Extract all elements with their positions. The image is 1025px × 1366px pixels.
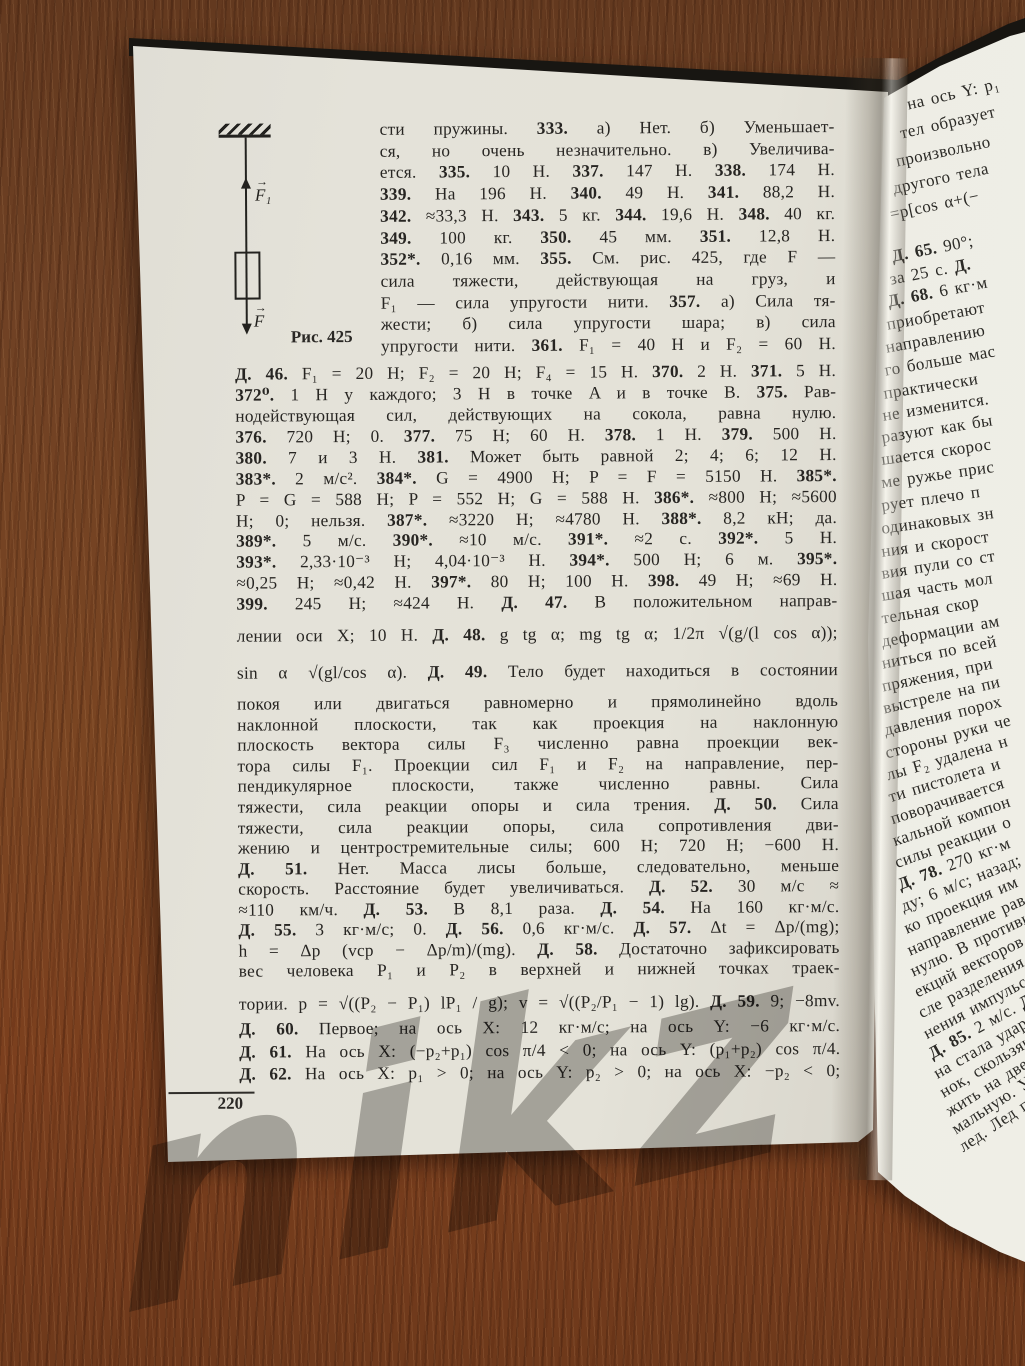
text-line: 352*. 0,16 мм. 355. См. рис. 425, где F …	[380, 246, 835, 270]
figure-425: →F₁ →F Рис. 425	[0, 0, 1021, 3]
open-book: →F₁ →F Рис. 425 сти пружины. 333. а) Нет…	[0, 0, 1025, 1366]
force-down-arrow-icon	[242, 324, 252, 335]
vector-arrow-icon: →	[256, 174, 268, 189]
text-line: лении оси X; 10 Н. Д. 48. g tg α; mg tg …	[237, 616, 838, 654]
force-label-f: →F	[254, 312, 265, 332]
force-up-arrow-icon	[241, 178, 251, 189]
text-line: ется. 335. 10 Н. 337. 147 Н. 338. 174 Н.	[380, 159, 835, 183]
text-line: сти пружины. 333. а) Нет. б) Уменьшает-	[380, 116, 835, 140]
page-number: 220	[218, 1094, 244, 1114]
thread-line	[245, 138, 248, 330]
left-page-full-block: Д. 46. F₁ = 20 Н; F₂ = 20 Н; F₄ = 15 Н. …	[233, 0, 834, 2]
text-line: Д. 60. Первое; на ось X: 12 кг·м/с; на о…	[239, 1015, 840, 1040]
text-line: 399. 245 Н; ≈424 Н. Д. 47. В положительн…	[236, 590, 837, 615]
text-line: 349. 100 кг. 350. 45 мм. 351. 12,8 Н.	[380, 225, 835, 249]
figure-caption: Рис. 425	[291, 327, 353, 347]
text-line: сила тяжести, действующая на груз, и	[380, 268, 835, 292]
vector-arrow-icon: →	[255, 300, 267, 315]
text-line: ся, но очень незначительно. в) Увеличива…	[380, 138, 835, 162]
text-line: Д. 61. На ось X: (−p₂+p₁) cos π/4 < 0; н…	[239, 1038, 840, 1063]
force-label-f1: →F₁	[255, 185, 271, 205]
photo-of-open-book: →F₁ →F Рис. 425 сти пружины. 333. а) Нет…	[0, 0, 1025, 1366]
text-line: F₁ — сила упругости нити. 357. а) Сила т…	[381, 290, 836, 314]
text-line: sin α √(gl/cos α). Д. 49. Тело будет нах…	[237, 653, 838, 691]
text-line: упругости нити. 361. F₁ = 40 Н и F₂ = 60…	[381, 333, 836, 357]
text-line: 339. На 196 Н. 340. 49 Н. 341. 88,2 Н.	[380, 181, 835, 205]
text-line: Д. 62. На ось X: p₁ > 0; на ось Y: p₂ > …	[239, 1060, 840, 1085]
load-rectangle	[234, 252, 260, 300]
text-line: 342. ≈33,3 Н. 343. 5 кг. 344. 19,6 Н. 34…	[380, 203, 835, 227]
ceiling-hatch	[219, 123, 271, 134]
left-page-indented-block: сти пружины. 333. а) Нет. б) Уменьшает-с…	[380, 116, 836, 358]
text-line: жести; б) сила упругости шара; в) сила	[381, 311, 836, 335]
